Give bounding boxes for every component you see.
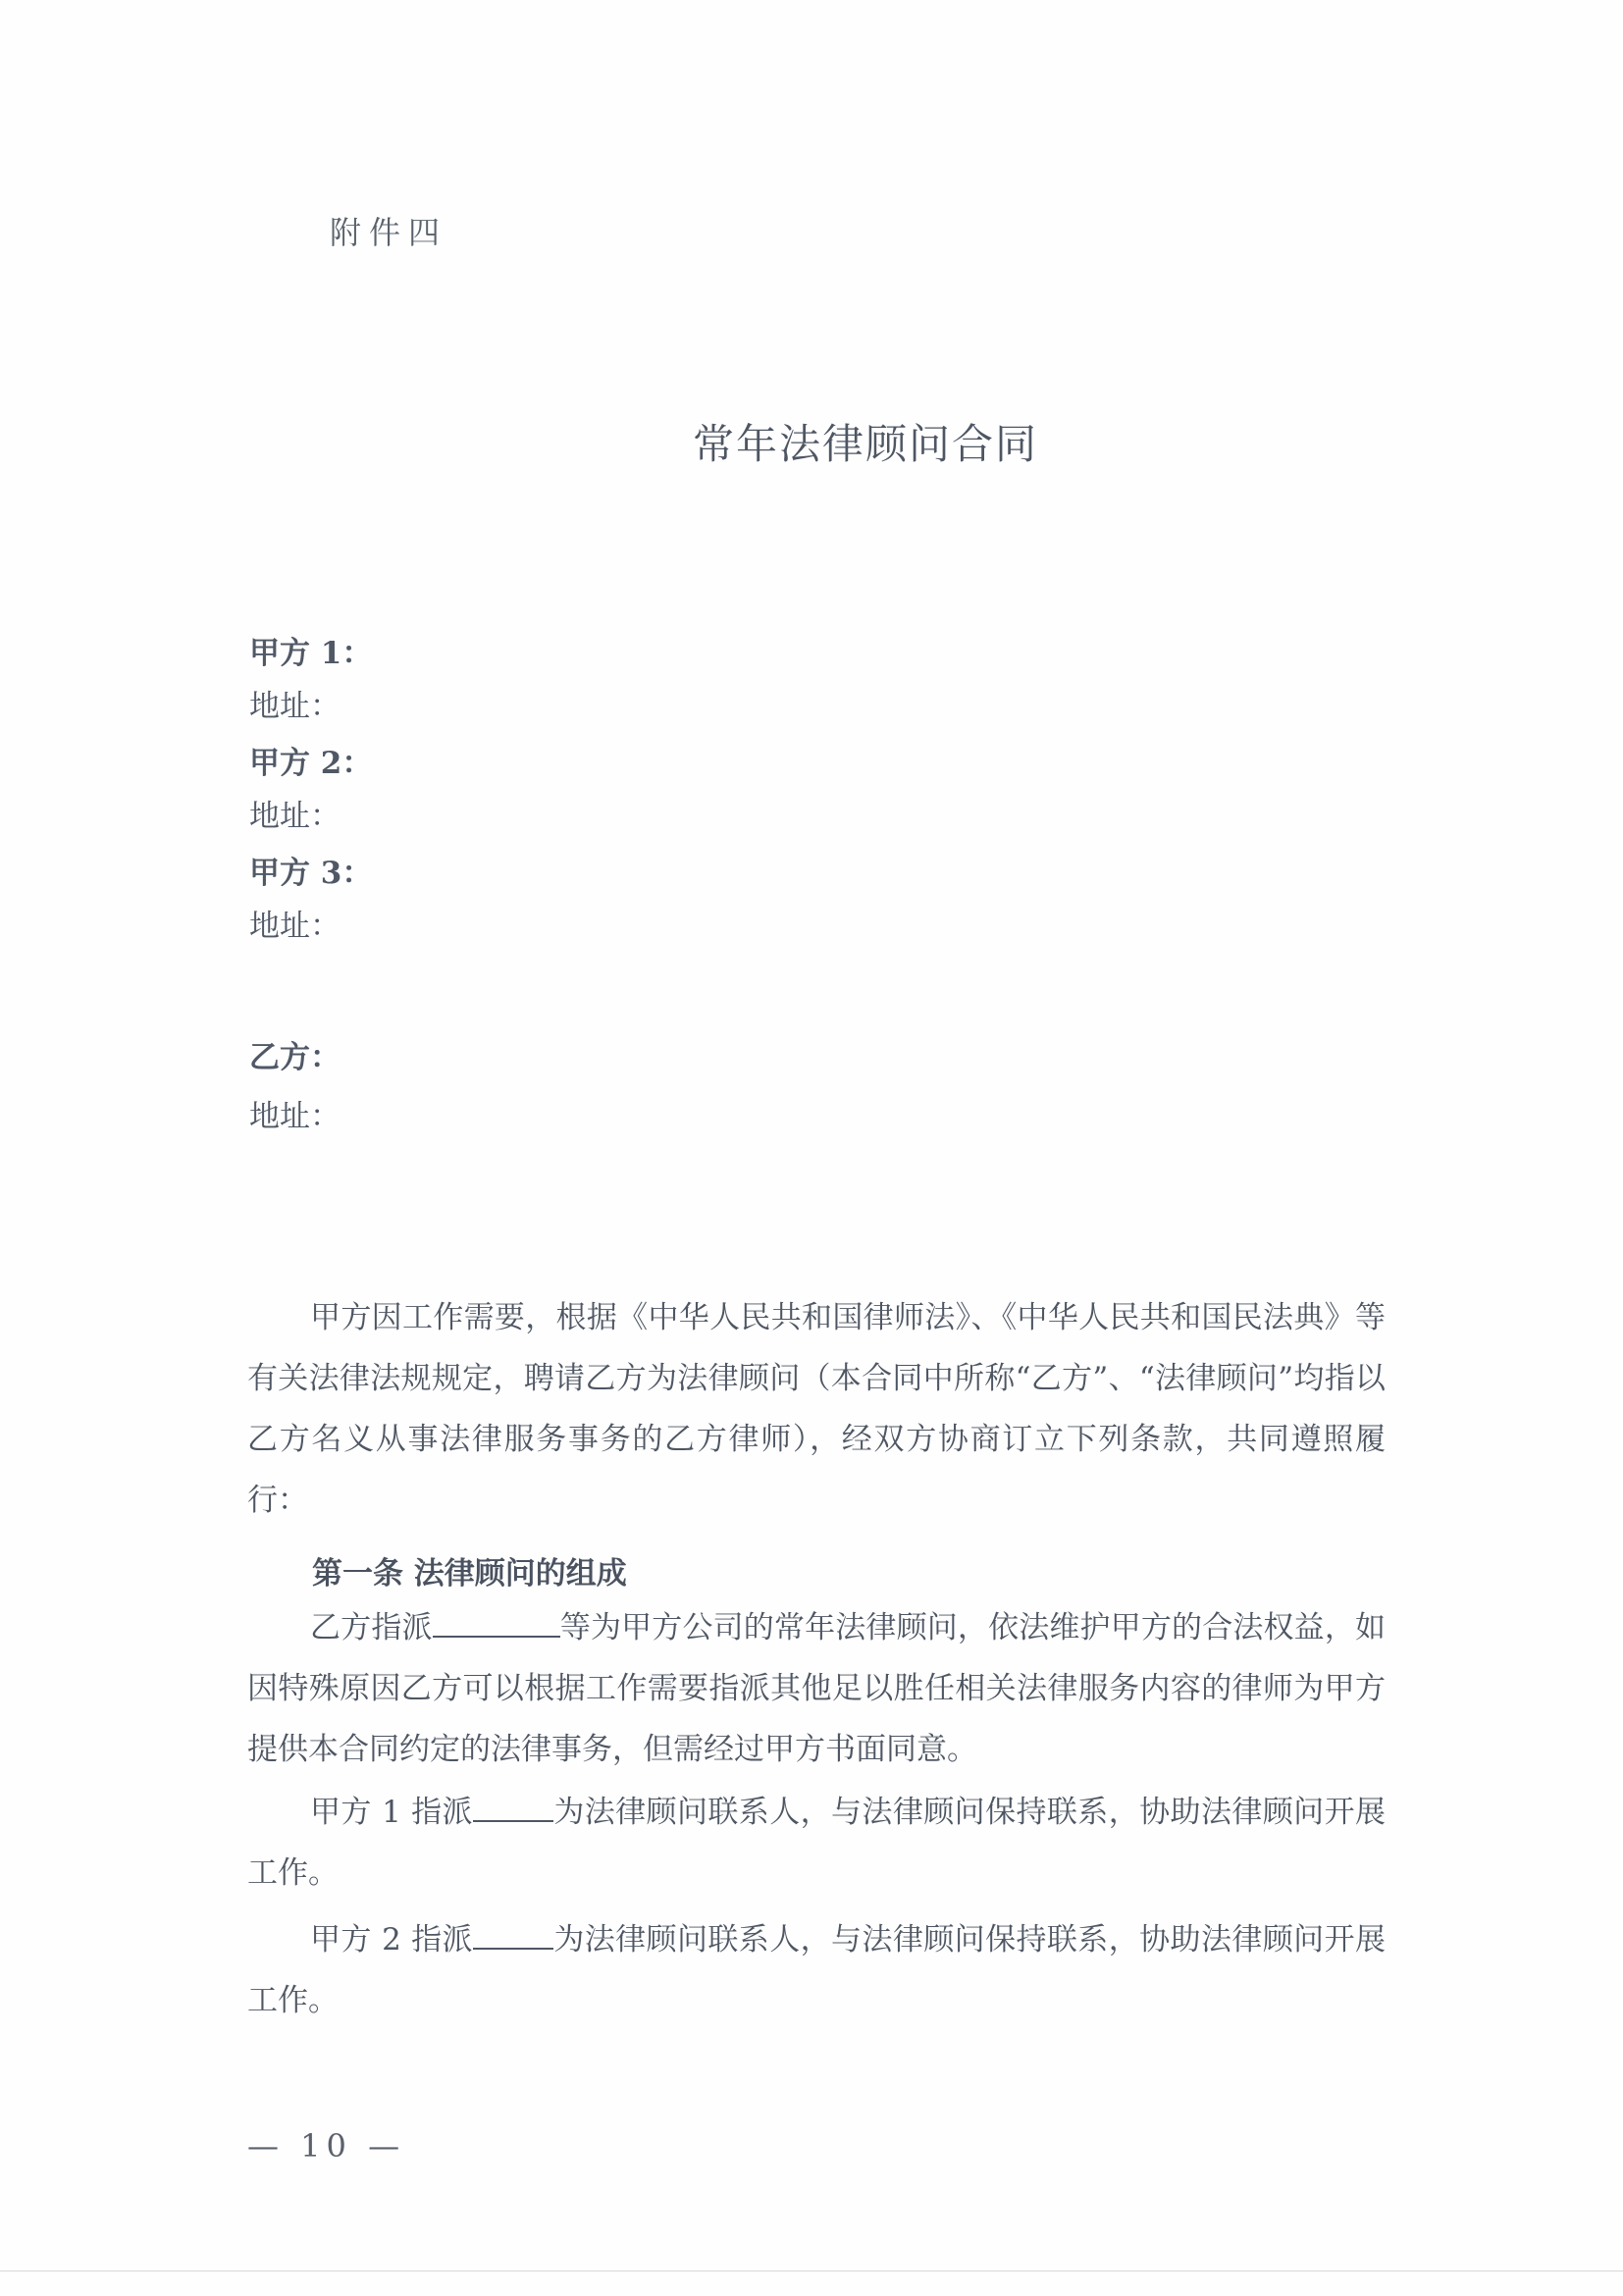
article-1-paragraph-3: 甲方 2 指派为法律顾问联系人，与法律顾问保持联系，协助法律顾问开展工作。: [247, 1909, 1386, 2031]
document-page: 附件四 常年法律顾问合同 甲方 1： 地址： 甲方 2： 地址： 甲方 3： 地…: [0, 0, 1623, 2296]
p1-text-before: 乙方指派: [310, 1610, 433, 1645]
scan-edge-divider: [0, 2270, 1623, 2271]
party-a1-label: 甲方 1：: [249, 628, 372, 672]
p3-text-before: 甲方 2 指派: [310, 1922, 473, 1957]
annex-label: 附件四: [330, 208, 447, 253]
party-a2-address-label: 地址：: [249, 791, 340, 835]
party-b-address-label: 地址：: [249, 1091, 340, 1135]
page-number: — 10 —: [247, 2127, 405, 2165]
party-a2-label: 甲方 2：: [249, 738, 372, 782]
party-a1-address-label: 地址：: [249, 681, 340, 725]
lawyer-name-blank[interactable]: [433, 1608, 560, 1638]
party-a1-contact-blank[interactable]: [473, 1793, 553, 1822]
article-1-paragraph-1: 乙方指派等为甲方公司的常年法律顾问，依法维护甲方的合法权益，如因特殊原因乙方可以…: [247, 1597, 1386, 1780]
article-1-heading: 第一条 法律顾问的组成: [312, 1548, 627, 1592]
document-title: 常年法律顾问合同: [0, 412, 1623, 471]
party-a3-label: 甲方 3：: [249, 848, 372, 892]
party-a3-address-label: 地址：: [249, 901, 340, 945]
article-1-paragraph-2: 甲方 1 指派为法律顾问联系人，与法律顾问保持联系，协助法律顾问开展工作。: [247, 1782, 1386, 1904]
preamble-paragraph: 甲方因工作需要，根据《中华人民共和国律师法》、《中华人民共和国民法典》等有关法律…: [247, 1287, 1386, 1531]
party-b-label: 乙方：: [249, 1032, 340, 1076]
p2-text-before: 甲方 1 指派: [310, 1795, 473, 1830]
party-a2-contact-blank[interactable]: [473, 1920, 553, 1950]
